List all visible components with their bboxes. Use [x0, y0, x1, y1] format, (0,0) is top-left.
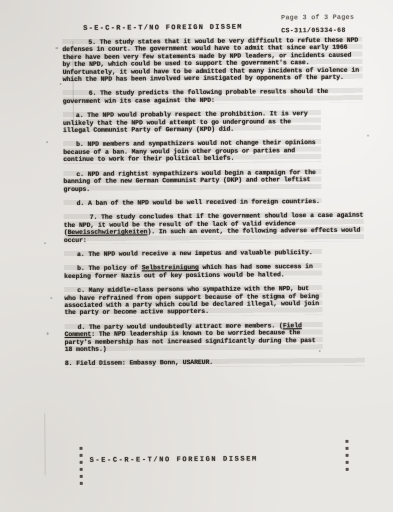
edge-registration-marks-left [79, 447, 82, 485]
paragraph-6b: b. NPD members and sympathizers would no… [63, 139, 321, 163]
paragraph-7c: c. Many middle-class persons who sympath… [64, 285, 322, 317]
paragraph-7a: a. The NPD would receive a new impetus a… [64, 249, 322, 258]
page-number: Page 3 of 3 Pages [281, 11, 354, 25]
scan-speck [60, 83, 62, 85]
scan-speck [319, 350, 321, 352]
scan-speck [44, 242, 46, 244]
scanned-document-page: S-E-C-R-E-T/NO FOREIGN DISSEM Page 3 of … [0, 0, 393, 512]
scan-edge-line [44, 413, 45, 475]
document-number: CS-311/05334-68 [281, 24, 354, 38]
paragraph-8-field-dissem: 8. Field Dissem: Embassy Bonn, USAREUR. [65, 358, 365, 368]
header-right-block: Page 3 of 3 Pages CS-311/05334-68 [281, 11, 354, 38]
paragraph-7b: b. The policy of Selbstreinigung which h… [64, 263, 322, 280]
document-content: S-E-C-R-E-T/NO FOREIGN DISSEM Page 3 of … [0, 0, 393, 512]
footer-classification-banner: S-E-C-R-E-T/NO FOREIGN DISSEM [90, 456, 258, 465]
edge-registration-marks-right [345, 440, 348, 471]
document-body: 5. The study states that it would be ver… [62, 37, 365, 375]
paragraph-6c: c. NPD and rightist sympathizers would b… [63, 169, 321, 193]
scan-speck [367, 135, 369, 137]
paragraph-7d: d. The party would undoubtedly attract m… [65, 322, 323, 354]
header-classification-banner: S-E-C-R-E-T/NO FOREIGN DISSEM [83, 24, 243, 33]
paragraph-6a: a. The NPD would probably respect the pr… [63, 110, 321, 134]
scan-speck [55, 47, 58, 49]
paragraph-6: 6. The study predicts the following prob… [63, 88, 363, 105]
paragraph-5: 5. The study states that it would be ver… [62, 37, 362, 84]
paragraph-6d: d. A ban of the NPD would be well receiv… [64, 198, 322, 207]
scan-speck [50, 297, 52, 299]
paragraph-7: 7. The study concludes that if the gover… [64, 212, 364, 244]
scan-speck [47, 332, 49, 335]
scan-speck [46, 141, 48, 143]
